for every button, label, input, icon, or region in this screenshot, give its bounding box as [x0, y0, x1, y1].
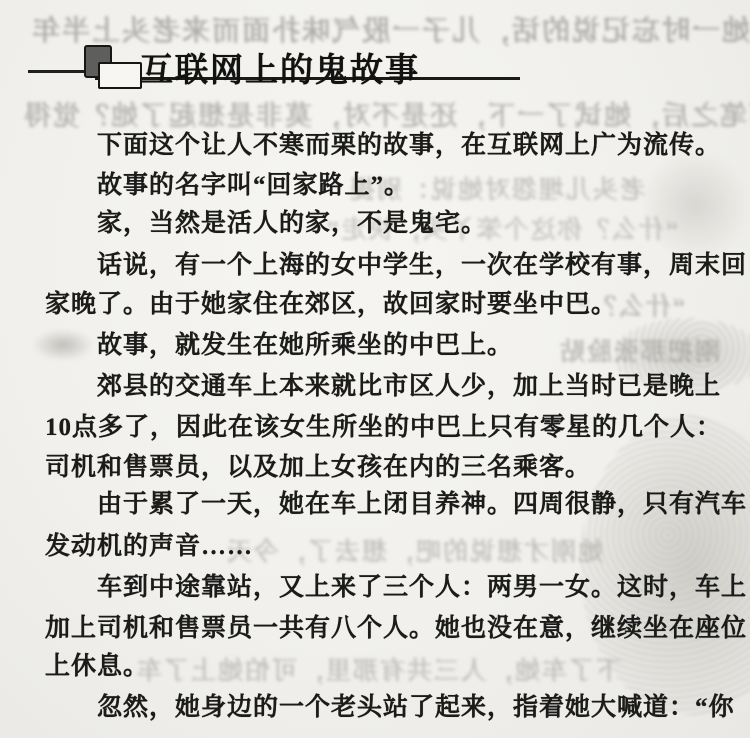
body-line: 话说，有一个上海的女中学生，一次在学校有事，周末回: [97, 253, 747, 278]
bleedthrough-text: 她刚才想说的吧，想去了，今天: [225, 532, 603, 568]
ink-smudge: [32, 329, 94, 361]
body-line: 司机和售票员，以及加上女孩在内的三名乘客。: [45, 455, 591, 480]
chapter-marker-light-square-icon: [98, 62, 142, 89]
bleedthrough-text: 她一时忘记说的话，儿子一股气味扑面而来老头上半年: [30, 9, 750, 49]
body-line: 车到中途靠站，又上来了三个人：两男一女。这时，车上: [97, 575, 747, 600]
body-line: 加上司机和售票员一共有八个人。她也没在意，继续坐在座位: [45, 616, 747, 641]
bleedthrough-text: 下了车她，人三共有那里，可怕她上了车: [135, 651, 621, 687]
bleedthrough-text: 刚把那张脸贴: [558, 332, 720, 368]
header-rule-left: [28, 70, 92, 73]
body-line: 忽然，她身边的一个老头站了起来，指着她大喊道：“你: [97, 695, 735, 720]
body-line: 家晚了。由于她家住在郊区，故回家时要坐中巴。: [45, 292, 617, 317]
body-line: 家，当然是活人的家，不是鬼宅。: [97, 211, 487, 236]
chapter-title: 互联网上的鬼故事: [140, 44, 420, 91]
body-line: 由于累了一天，她在车上闭目养神。四周很静，只有汽车: [97, 492, 747, 517]
body-line: 10点多了，因此在该女生所坐的中巴上只有零星的几个人：: [45, 415, 722, 440]
body-line: 下面这个让人不寒而栗的故事，在互联网上广为流传。: [97, 133, 721, 158]
body-line: 上休息。: [45, 654, 149, 679]
body-line: 故事，就发生在她所乘坐的中巴上。: [97, 333, 513, 358]
scanned-book-page: 她一时忘记说的话，儿子一股气味扑面而来老头上半年 下笔之后，她试了一下，还是不对…: [0, 0, 750, 738]
body-line: 郊县的交通车上本来就比市区人少，加上当时已是晚上: [97, 374, 721, 399]
bleedthrough-text: 下笔之后，她试了一下，还是不对，莫非是想起了她？觉得: [22, 94, 750, 133]
body-line: 发动机的声音……: [45, 534, 253, 559]
body-line: 故事的名字叫“回家路上”。: [97, 173, 410, 198]
